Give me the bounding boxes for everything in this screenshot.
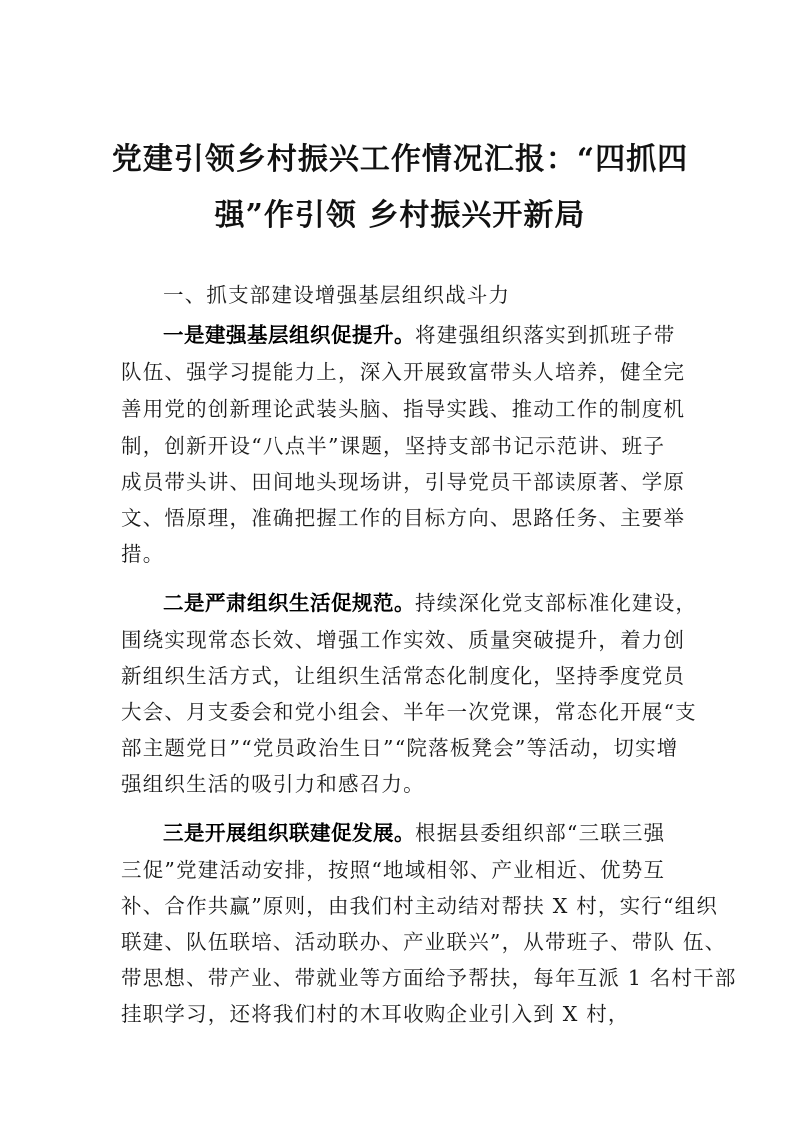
paragraph-3-line: 挂职学习，还将我们村的木耳收购企业引入到 X 村， bbox=[121, 999, 681, 1029]
paragraph-3-first-line: 三是开展组织联建促发展。根据县委组织部“三联三强 bbox=[163, 818, 723, 848]
paragraph-1-lead: 一是建强基层组织促提升。 bbox=[163, 323, 415, 347]
paragraph-1-line: 制，创新开设“八点半”课题，坚持支部书记示范讲、班子 bbox=[121, 431, 681, 461]
paragraph-3-line: 带思想、带产业、带就业等方面给予帮扶，每年互派 1 名村干部 bbox=[121, 963, 681, 993]
document-title-line-1: 党建引领乡村振兴工作情况汇报：“四抓四 bbox=[110, 134, 690, 178]
paragraph-2-line: 强组织生活的吸引力和感召力。 bbox=[121, 769, 681, 799]
paragraph-1-line: 文、悟原理，准确把握工作的目标方向、思路任务、主要举 bbox=[121, 503, 681, 533]
paragraph-2-line: 部主题党日”“党员政治生日”“院落板凳会”等活动，切实增 bbox=[121, 733, 681, 763]
paragraph-1-text: 将建强组织落实到抓班子带 bbox=[415, 323, 675, 347]
paragraph-3-lead: 三是开展组织联建促发展。 bbox=[163, 821, 415, 845]
paragraph-1-line: 善用党的创新理论武装头脑、指导实践、推动工作的制度机 bbox=[121, 394, 681, 424]
paragraph-2-line: 围绕实现常态长效、增强工作实效、质量突破提升，着力创 bbox=[121, 625, 681, 655]
document-page: 党建引领乡村振兴工作情况汇报：“四抓四 强”作引领 乡村振兴开新局 一、抓支部建… bbox=[0, 0, 794, 1122]
paragraph-1-line: 成员带头讲、田间地头现场讲，引导党员干部读原著、学原 bbox=[121, 467, 681, 497]
paragraph-3-line: 联建、队伍联培、活动联办、产业联兴”，从带班子、带队 伍、 bbox=[121, 927, 681, 957]
paragraph-2-line: 新组织生活方式，让组织生活常态化制度化，坚持季度党员 bbox=[121, 661, 681, 691]
paragraph-1-line: 队伍、强学习提能力上，深入开展致富带头人培养，健全完 bbox=[121, 357, 681, 387]
paragraph-2-line: 大会、月支委会和党小组会、半年一次党课，常态化开展“支 bbox=[121, 697, 681, 727]
paragraph-3-line: 补、合作共赢”原则，由我们村主动结对帮扶 X 村，实行“组织 bbox=[121, 891, 681, 921]
document-title-line-2: 强”作引领 乡村振兴开新局 bbox=[110, 190, 690, 234]
paragraph-2-lead: 二是严肃组织生活促规范。 bbox=[163, 591, 415, 615]
section-heading: 一、抓支部建设增强基层组织战斗力 bbox=[163, 280, 723, 310]
paragraph-2-first-line: 二是严肃组织生活促规范。持续深化党支部标准化建设， bbox=[163, 588, 723, 618]
paragraph-1-line: 措。 bbox=[121, 539, 681, 569]
paragraph-3-text: 根据县委组织部“三联三强 bbox=[415, 821, 665, 845]
paragraph-3-line: 三促”党建活动安排，按照“地域相邻、产业相近、优势互 bbox=[121, 855, 681, 885]
paragraph-1-first-line: 一是建强基层组织促提升。将建强组织落实到抓班子带 bbox=[163, 320, 723, 350]
paragraph-2-text: 持续深化党支部标准化建设， bbox=[415, 591, 697, 615]
